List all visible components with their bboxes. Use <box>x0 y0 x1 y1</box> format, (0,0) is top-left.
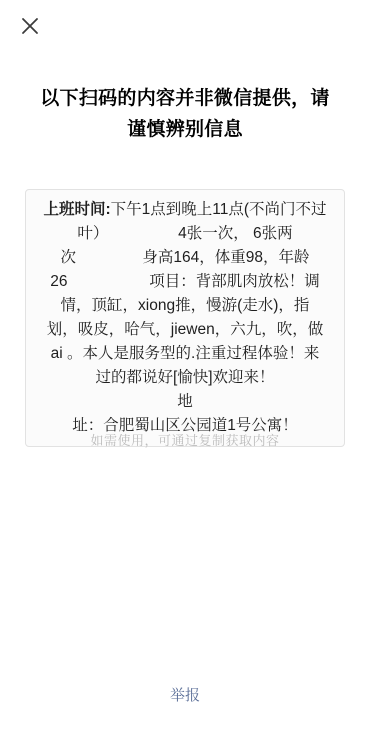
copy-hint-text: 如需使用，可通过复制获取内容 <box>0 430 370 449</box>
report-link[interactable]: 举报 <box>160 680 210 709</box>
content-line: 过的都说好[愉快]欢迎来！ 地 <box>36 366 334 414</box>
close-button[interactable] <box>16 12 44 40</box>
content-text: 下午1点到晚上11点(不尚门不过 <box>111 201 327 218</box>
content-line: ai 。本人是服务型的.注重过程体验！来 <box>36 342 334 366</box>
scan-result-page: 以下扫码的内容并非微信提供，请谨慎辨别信息 上班时间:下午1点到晚上11点(不尚… <box>0 0 370 730</box>
content-label: 上班时间: <box>43 201 110 218</box>
content-line: 上班时间:下午1点到晚上11点(不尚门不过 <box>36 198 334 222</box>
warning-title: 以下扫码的内容并非微信提供，请谨慎辨别信息 <box>31 83 339 145</box>
content-line: 叶） 4张一次， 6张两 <box>36 222 334 246</box>
content-line: 26 项目：背部肌肉放松！调 <box>36 270 334 294</box>
content-line: 情，顶缸，xiong推，慢游(走水)，指 <box>36 294 334 318</box>
close-icon <box>21 17 39 35</box>
content-line: 次 身高164，体重98，年龄 <box>36 246 334 270</box>
scanned-content-box: 上班时间:下午1点到晚上11点(不尚门不过 叶） 4张一次， 6张两 次 身高1… <box>25 189 345 447</box>
content-line: 划，吸皮，哈气，jiewen，六九，吹，做 <box>36 318 334 342</box>
